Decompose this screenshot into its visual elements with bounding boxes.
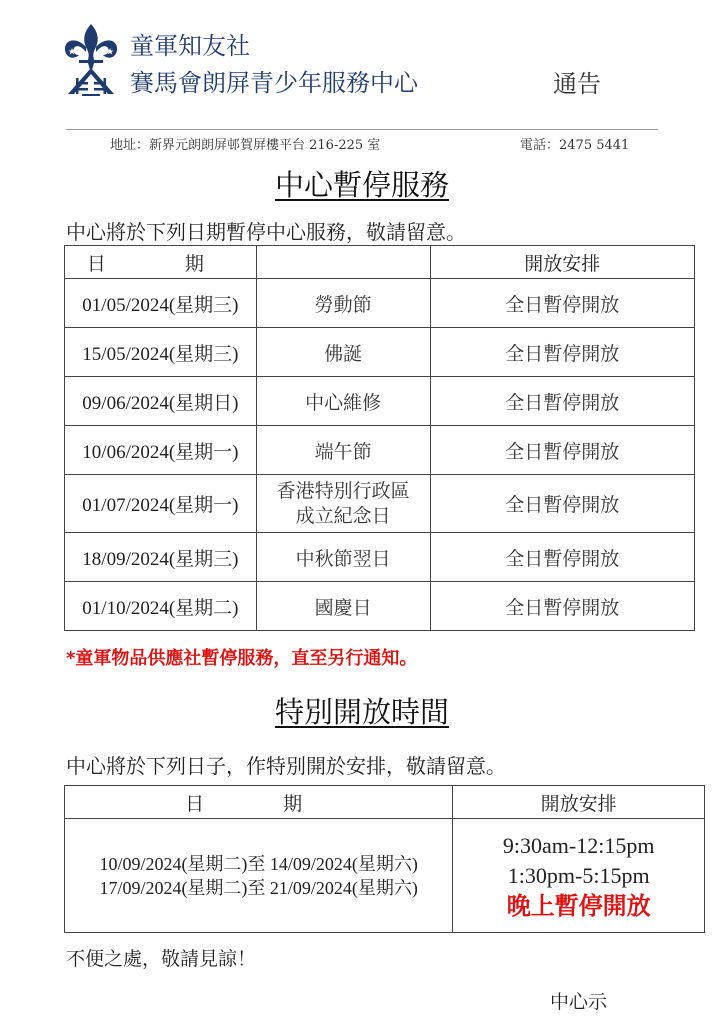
- column-header-date: 日 期: [65, 786, 453, 819]
- date-cell: 01/05/2024(星期三): [65, 279, 257, 328]
- date-cell: 15/05/2024(星期三): [65, 328, 257, 377]
- table-row: 01/05/2024(星期三) 勞動節 全日暫停開放: [65, 279, 695, 328]
- header-divider: [66, 129, 658, 130]
- date-range-2: 17/09/2024(星期二)至 21/09/2024(星期六): [65, 876, 452, 900]
- status-cell: 全日暫停開放: [430, 426, 695, 475]
- status-cell: 全日暫停開放: [430, 279, 695, 328]
- status-cell: 全日暫停開放: [430, 475, 695, 533]
- phone-text: 電話：2475 5441: [520, 134, 629, 153]
- hours-morning: 9:30am-12:15pm: [453, 831, 704, 861]
- section1-intro: 中心將於下列日期暫停中心服務，敬請留意。: [66, 216, 466, 245]
- section2-intro: 中心將於下列日子，作特別開於安排，敬請留意。: [66, 750, 506, 779]
- table-row: 10/09/2024(星期二)至 14/09/2024(星期六) 17/09/2…: [65, 819, 705, 933]
- signature: 中心示: [550, 987, 607, 1014]
- suspension-table: 日 期 開放安排 01/05/2024(星期三) 勞動節 全日暫停開放 15/0…: [64, 245, 695, 631]
- column-header-arrangement: 開放安排: [453, 786, 705, 819]
- hours-cell: 9:30am-12:15pm 1:30pm-5:15pm 晚上暫停開放: [453, 819, 705, 933]
- special-hours-table: 日 期 開放安排 10/09/2024(星期二)至 14/09/2024(星期六…: [64, 785, 705, 933]
- scout-fleur-de-lis-logo-icon: [62, 22, 120, 96]
- section2-title-text: 特別開放時間: [275, 695, 449, 729]
- occasion-cell: 中心維修: [256, 377, 430, 426]
- evening-closed-notice: 晚上暫停開放: [453, 891, 704, 921]
- date-range-1: 10/09/2024(星期二)至 14/09/2024(星期六): [65, 852, 452, 876]
- table-header-row: 日 期 開放安排: [65, 786, 705, 819]
- table-row: 15/05/2024(星期三) 佛誕 全日暫停開放: [65, 328, 695, 377]
- table-header-row: 日 期 開放安排: [65, 246, 695, 279]
- occasion-cell: 香港特別行政區 成立紀念日: [256, 475, 430, 533]
- document-type-label: 通告: [553, 64, 601, 99]
- table-row: 09/06/2024(星期日) 中心維修 全日暫停開放: [65, 377, 695, 426]
- occasion-cell: 中秋節翌日: [256, 533, 430, 582]
- occasion-cell: 佛誕: [256, 328, 430, 377]
- section2-title: 特別開放時間: [0, 690, 724, 731]
- date-cell: 10/06/2024(星期一): [65, 426, 257, 475]
- date-cell: 01/07/2024(星期一): [65, 475, 257, 533]
- occasion-line-2: 成立紀念日: [257, 504, 430, 529]
- status-cell: 全日暫停開放: [430, 582, 695, 631]
- date-cell: 09/06/2024(星期日): [65, 377, 257, 426]
- occasion-cell: 端午節: [256, 426, 430, 475]
- hours-afternoon: 1:30pm-5:15pm: [453, 861, 704, 891]
- table-row: 01/07/2024(星期一) 香港特別行政區 成立紀念日 全日暫停開放: [65, 475, 695, 533]
- status-cell: 全日暫停開放: [430, 533, 695, 582]
- column-header-occasion: [256, 246, 430, 279]
- address-text: 地址：新界元朗朗屏邨賀屏樓平台 216-225 室: [110, 134, 380, 153]
- center-name: 賽馬會朗屏青少年服務中心: [130, 63, 418, 98]
- occasion-cell: 勞動節: [256, 279, 430, 328]
- closing-remark: 不便之處，敬請見諒！: [66, 944, 256, 971]
- section1-title: 中心暫停服務: [0, 163, 724, 204]
- occasion-line-1: 香港特別行政區: [257, 479, 430, 504]
- date-cell: 01/10/2024(星期二): [65, 582, 257, 631]
- column-header-date: 日 期: [65, 246, 257, 279]
- status-cell: 全日暫停開放: [430, 328, 695, 377]
- column-header-arrangement: 開放安排: [430, 246, 695, 279]
- date-range-cell: 10/09/2024(星期二)至 14/09/2024(星期六) 17/09/2…: [65, 819, 453, 933]
- occasion-cell: 國慶日: [256, 582, 430, 631]
- table-row: 01/10/2024(星期二) 國慶日 全日暫停開放: [65, 582, 695, 631]
- table-row: 18/09/2024(星期三) 中秋節翌日 全日暫停開放: [65, 533, 695, 582]
- date-cell: 18/09/2024(星期三): [65, 533, 257, 582]
- table-row: 10/06/2024(星期一) 端午節 全日暫停開放: [65, 426, 695, 475]
- section1-title-text: 中心暫停服務: [275, 168, 449, 202]
- status-cell: 全日暫停開放: [430, 377, 695, 426]
- organization-name: 童軍知友社: [130, 26, 250, 61]
- supply-shop-note: *童軍物品供應社暫停服務，直至另行通知。: [66, 644, 417, 670]
